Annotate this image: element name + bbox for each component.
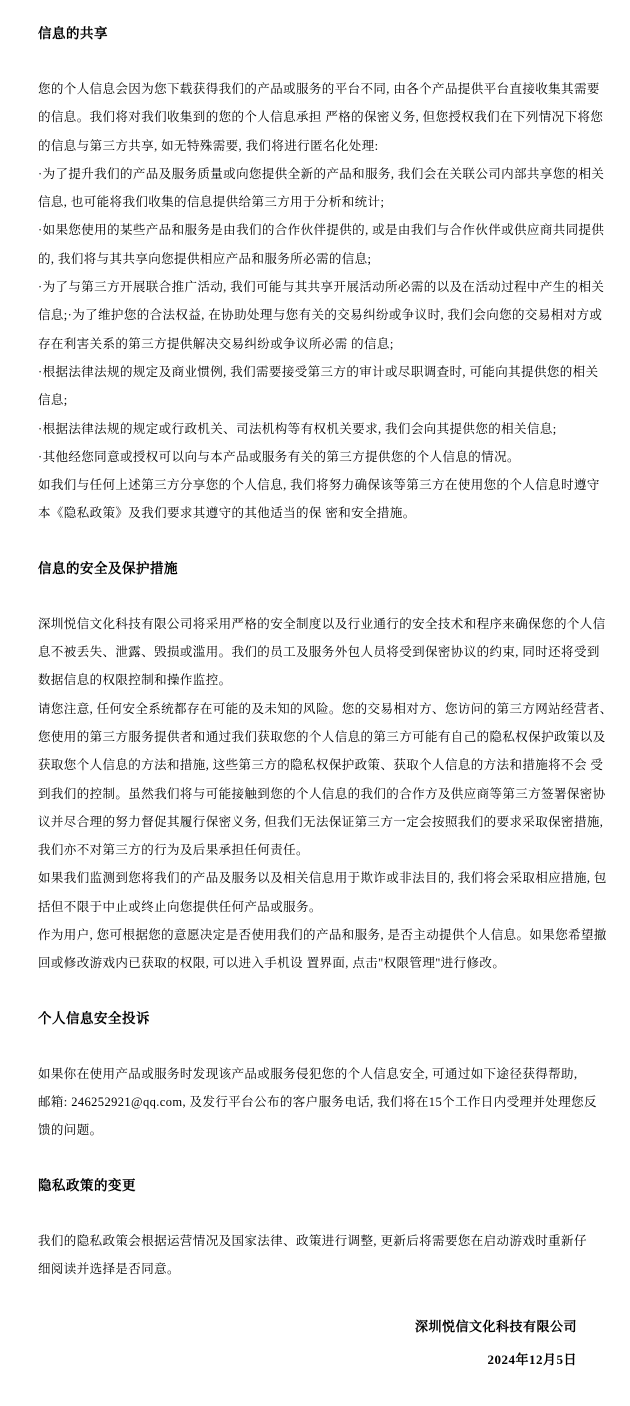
section-complaints: 个人信息安全投诉 如果你在使用产品或服务时发现该产品或服务侵犯您的个人信息安全,…: [38, 1005, 590, 1145]
text-line: 信息;·为了维护您的合法权益, 在协助处理与您有关的交易纠纷或争议时, 我们会向…: [38, 301, 590, 329]
text-line: 邮箱: 246252921@qq.com, 及发行平台公布的客户服务电话, 我们…: [38, 1088, 590, 1116]
signature-date: 2024年12月5日: [38, 1343, 577, 1376]
text-line: 我们亦不对第三方的行为及后果承担任何责任。: [38, 836, 590, 864]
section-info-sharing: 信息的共享 您的个人信息会因为您下载获得我们的产品或服务的平台不同, 由各个产品…: [38, 20, 590, 528]
text-line: ·根据法律法规的规定及商业惯例, 我们需要接受第三方的审计或尽职调查时, 可能向…: [38, 358, 590, 386]
section-title-security-measures: 信息的安全及保护措施: [38, 555, 590, 583]
section-body-security-measures: 深圳悦信文化科技有限公司将采用严格的安全制度以及行业通行的安全技术和程序来确保您…: [38, 610, 590, 978]
text-line: 的, 我们将与其共享向您提供相应产品和服务所必需的信息;: [38, 245, 590, 273]
text-line: 的信息与第三方共享, 如无特殊需要, 我们将进行匿名化处理:: [38, 132, 590, 160]
text-line: 您使用的第三方服务提供者和通过我们获取您的个人信息的第三方可能有自己的隐私权保护…: [38, 723, 590, 751]
text-line: 议并尽合理的努力督促其履行保密义务, 但我们无法保证第三方一定会按照我们的要求采…: [38, 808, 590, 836]
privacy-policy-document: 信息的共享 您的个人信息会因为您下载获得我们的产品或服务的平台不同, 由各个产品…: [0, 0, 630, 1406]
text-line: 如果我们监测到您将我们的产品及服务以及相关信息用于欺诈或非法目的, 我们将会采取…: [38, 864, 590, 892]
text-line: 本《隐私政策》及我们要求其遵守的其他适当的保 密和安全措施。: [38, 499, 590, 527]
text-line: 馈的问题。: [38, 1116, 590, 1144]
text-line: 数据信息的权限控制和操作监控。: [38, 666, 590, 694]
text-line: 获取您个人信息的方法和措施, 这些第三方的隐私权保护政策、获取个人信息的方法和措…: [38, 751, 590, 779]
text-line: 如我们与任何上述第三方分享您的个人信息, 我们将努力确保该等第三方在使用您的个人…: [38, 471, 590, 499]
text-line: 如果你在使用产品或服务时发现该产品或服务侵犯您的个人信息安全, 可通过如下途径获…: [38, 1060, 590, 1088]
text-line: 信息;: [38, 386, 590, 414]
text-line: 息不被丢失、泄露、毁损或滥用。我们的员工及服务外包人员将受到保密协议的约束, 同…: [38, 638, 590, 666]
text-line: 括但不限于中止或终止向您提供任何产品或服务。: [38, 893, 590, 921]
text-line: 存在利害关系的第三方提供解决交易纠纷或争议所必需 的信息;: [38, 330, 590, 358]
text-line: ·为了提升我们的产品及服务质量或向您提供全新的产品和服务, 我们会在关联公司内部…: [38, 160, 590, 188]
text-line: 到我们的控制。虽然我们将与可能接触到您的个人信息的我们的合作方及供应商等第三方签…: [38, 780, 590, 808]
text-line: ·其他经您同意或授权可以向与本产品或服务有关的第三方提供您的个人信息的情况。: [38, 443, 590, 471]
text-line: 作为用户, 您可根据您的意愿决定是否使用我们的产品和服务, 是否主动提供个人信息…: [38, 921, 590, 949]
section-body-policy-changes: 我们的隐私政策会根据运营情况及国家法律、政策进行调整, 更新后将需要您在启动游戏…: [38, 1227, 590, 1284]
text-line: ·根据法律法规的规定或行政机关、司法机构等有权机关要求, 我们会向其提供您的相关…: [38, 415, 590, 443]
text-line: 我们的隐私政策会根据运营情况及国家法律、政策进行调整, 更新后将需要您在启动游戏…: [38, 1227, 590, 1255]
section-title-complaints: 个人信息安全投诉: [38, 1005, 590, 1033]
text-line: ·如果您使用的某些产品和服务是由我们的合作伙伴提供的, 或是由我们与合作伙伴或供…: [38, 216, 590, 244]
section-title-info-sharing: 信息的共享: [38, 20, 590, 48]
section-policy-changes: 隐私政策的变更 我们的隐私政策会根据运营情况及国家法律、政策进行调整, 更新后将…: [38, 1172, 590, 1284]
section-body-info-sharing: 您的个人信息会因为您下载获得我们的产品或服务的平台不同, 由各个产品提供平台直接…: [38, 75, 590, 528]
company-name: 深圳悦信文化科技有限公司: [38, 1310, 577, 1343]
text-line: 信息, 也可能将我们收集的信息提供给第三方用于分析和统计;: [38, 188, 590, 216]
text-line: 您的个人信息会因为您下载获得我们的产品或服务的平台不同, 由各个产品提供平台直接…: [38, 75, 590, 103]
text-line: 回或修改游戏内已获取的权限, 可以进入手机设 置界面, 点击"权限管理"进行修改…: [38, 949, 590, 977]
text-line: 的信息。我们将对我们收集到的您的个人信息承担 严格的保密义务, 但您授权我们在下…: [38, 103, 590, 131]
text-line: ·为了与第三方开展联合推广活动, 我们可能与其共享开展活动所必需的以及在活动过程…: [38, 273, 590, 301]
section-title-policy-changes: 隐私政策的变更: [38, 1172, 590, 1200]
signature-block: 深圳悦信文化科技有限公司 2024年12月5日: [38, 1310, 590, 1376]
text-line: 请您注意, 任何安全系统都存在可能的及未知的风险。您的交易相对方、您访问的第三方…: [38, 695, 590, 723]
section-body-complaints: 如果你在使用产品或服务时发现该产品或服务侵犯您的个人信息安全, 可通过如下途径获…: [38, 1060, 590, 1145]
text-line: 深圳悦信文化科技有限公司将采用严格的安全制度以及行业通行的安全技术和程序来确保您…: [38, 610, 590, 638]
text-line: 细阅读并选择是否同意。: [38, 1255, 590, 1283]
section-security-measures: 信息的安全及保护措施 深圳悦信文化科技有限公司将采用严格的安全制度以及行业通行的…: [38, 555, 590, 978]
